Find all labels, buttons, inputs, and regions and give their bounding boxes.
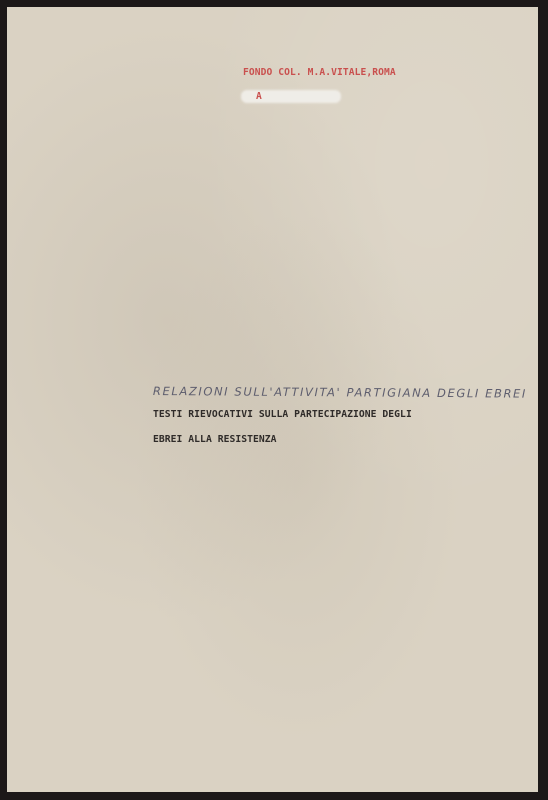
handwritten-title: RELAZIONI SULL'ATTIVITA' PARTIGIANA DEGL… [153, 384, 527, 401]
typed-title-line-1: TESTI RIEVOCATIVI SULLA PARTECIPAZIONE D… [153, 409, 412, 420]
document-page: FONDO COL. M.A.VITALE,ROMA A RELAZIONI S… [7, 7, 538, 792]
archive-stamp: FONDO COL. M.A.VITALE,ROMA [243, 67, 396, 78]
typed-title-line-2: EBREI ALLA RESISTENZA [153, 434, 277, 445]
archive-stamp-prefix: A [256, 91, 262, 102]
